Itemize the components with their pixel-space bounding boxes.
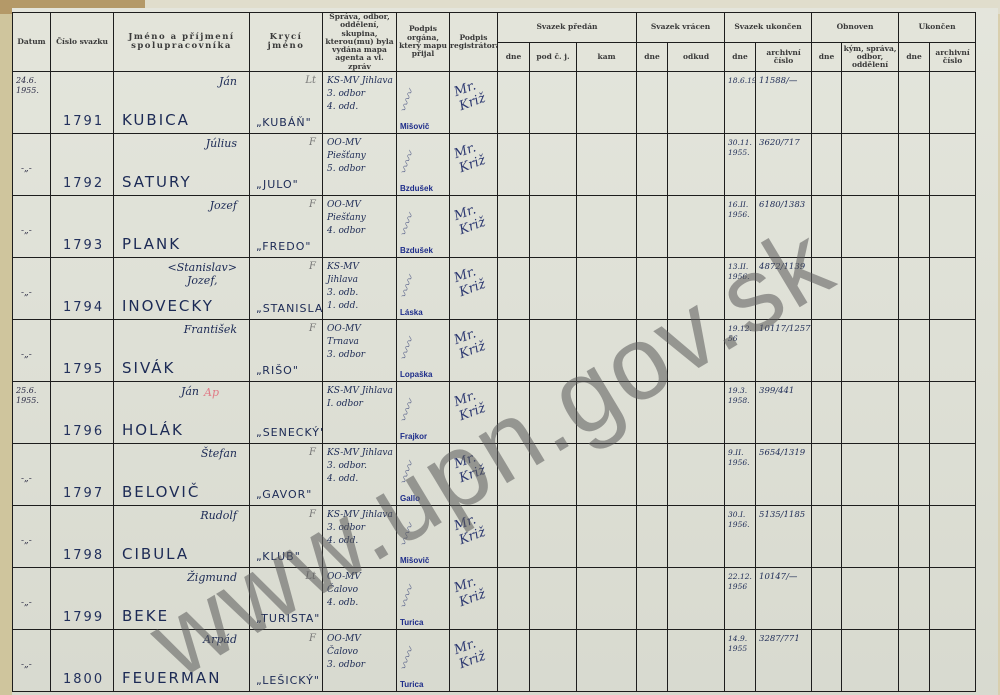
cell-empty bbox=[930, 319, 976, 381]
cell-empty bbox=[812, 71, 842, 133]
cover-name: „RIŠO" bbox=[256, 364, 299, 377]
first-name: Július bbox=[206, 137, 237, 150]
cell-empty bbox=[498, 381, 530, 443]
registrar-signature: Mr. Križ bbox=[452, 196, 497, 238]
cell-sprava: OO-MV Piešťany 4. odbor bbox=[323, 195, 397, 257]
cell-empty bbox=[577, 505, 637, 567]
cell-sprava: KS-MV Jihlava 3. odbor. 4. odd. bbox=[323, 443, 397, 505]
cell-empty bbox=[637, 133, 668, 195]
signature-scribble: 〰〰 bbox=[397, 520, 419, 548]
header-svazek-predan: Svazek předán bbox=[498, 13, 637, 43]
cell-empty bbox=[637, 567, 668, 629]
cell-empty bbox=[812, 629, 842, 691]
first-name: Jozef bbox=[210, 199, 237, 212]
cell-kryci: F„GAVOR" bbox=[250, 443, 323, 505]
page-binding-edge bbox=[0, 14, 12, 695]
archive-number: 6180/1383 bbox=[759, 200, 805, 210]
table-row: -„-1798RudolfCIBULAF„KLUB"KS-MV Jihlava … bbox=[13, 505, 976, 567]
cell-cislo: 1795 bbox=[51, 319, 114, 381]
category-mark: F bbox=[309, 323, 316, 334]
cell-empty bbox=[637, 257, 668, 319]
file-number: 1793 bbox=[63, 238, 104, 253]
cell-empty bbox=[930, 567, 976, 629]
cell-empty bbox=[899, 71, 930, 133]
cell-empty bbox=[668, 505, 725, 567]
officer-name: Turica bbox=[400, 680, 423, 689]
header-predan-pod-cj: pod č. j. bbox=[530, 43, 577, 72]
cell-empty bbox=[637, 505, 668, 567]
table-row: 24.6. 1955.1791JánKUBICALt„KUBÁŇ"KS-MV J… bbox=[13, 71, 976, 133]
cell-empty bbox=[577, 443, 637, 505]
cell-kryci: Lt„KUBÁŇ" bbox=[250, 71, 323, 133]
table-row: -„-1797ŠtefanBELOVIČF„GAVOR"KS-MV Jihlav… bbox=[13, 443, 976, 505]
cell-podpis-organa: 〰〰Turica bbox=[397, 567, 450, 629]
cell-empty bbox=[498, 71, 530, 133]
registrar-signature: Mr. Križ bbox=[452, 444, 497, 486]
closed-date: 13.II. 1956. bbox=[728, 262, 749, 283]
cell-jmeno: JánKUBICA bbox=[114, 71, 250, 133]
cell-sprava: KS-MV Jihlava 3. odbor 4. odd. bbox=[323, 505, 397, 567]
cell-empty bbox=[812, 257, 842, 319]
table-row: -„-1800ArpádFEUERMANF„LEŠICKÝ"OO-MV Čalo… bbox=[13, 629, 976, 691]
cell-empty bbox=[577, 381, 637, 443]
cell-empty bbox=[842, 257, 899, 319]
registrar-signature: Mr. Križ bbox=[452, 382, 497, 424]
cell-ukoncen-dne: 9.II. 1956. bbox=[725, 443, 756, 505]
cell-ukoncen-dne: 16.II. 1956. bbox=[725, 195, 756, 257]
cell-empty bbox=[668, 195, 725, 257]
date-entry: -„- bbox=[21, 350, 32, 360]
cell-empty bbox=[577, 629, 637, 691]
date-entry: -„- bbox=[21, 288, 32, 298]
cell-datum: -„- bbox=[13, 133, 51, 195]
department: OO-MV Trnava 3. odbor bbox=[327, 323, 365, 362]
cell-empty bbox=[530, 381, 577, 443]
cell-empty bbox=[530, 443, 577, 505]
cell-empty bbox=[812, 443, 842, 505]
cell-ukoncen-archivni: 10117/1257 bbox=[756, 319, 812, 381]
cell-empty bbox=[498, 133, 530, 195]
archive-number: 5135/1185 bbox=[759, 510, 805, 520]
officer-name: Bzdušek bbox=[400, 184, 433, 193]
cell-empty bbox=[899, 629, 930, 691]
table-row: -„-1793JozefPLANKF„FREDO"OO-MV Piešťany … bbox=[13, 195, 976, 257]
cell-datum: 24.6. 1955. bbox=[13, 71, 51, 133]
cell-kryci: F„STANISLAV" bbox=[250, 257, 323, 319]
cell-empty bbox=[668, 567, 725, 629]
archive-number: 10147/— bbox=[759, 572, 797, 582]
cell-cislo: 1791 bbox=[51, 71, 114, 133]
cell-cislo: 1792 bbox=[51, 133, 114, 195]
header-obnoven-dne: dne bbox=[812, 43, 842, 72]
first-name: Žigmund bbox=[187, 571, 237, 584]
cover-name: „TURISTA" bbox=[256, 612, 320, 625]
cell-empty bbox=[899, 133, 930, 195]
cell-cislo: 1796 bbox=[51, 381, 114, 443]
cell-jmeno: JozefPLANK bbox=[114, 195, 250, 257]
cell-kryci: F„JULO" bbox=[250, 133, 323, 195]
cell-empty bbox=[812, 381, 842, 443]
cell-datum: -„- bbox=[13, 567, 51, 629]
header-kryci-jmeno: Krycí jméno bbox=[250, 13, 323, 72]
cell-podpis-registratora: Mr. Križ bbox=[450, 629, 498, 691]
cell-sprava: OO-MV Čalovo 4. odb. bbox=[323, 567, 397, 629]
header-datum: Datum bbox=[13, 13, 51, 72]
header-svazek-vracen: Svazek vrácen bbox=[637, 13, 725, 43]
cell-empty bbox=[498, 195, 530, 257]
archive-number: 11588/— bbox=[759, 76, 797, 86]
archive-number: 3620/717 bbox=[759, 138, 800, 148]
officer-name: Mišovič bbox=[400, 556, 429, 565]
cell-jmeno: ŠtefanBELOVIČ bbox=[114, 443, 250, 505]
cell-empty bbox=[637, 381, 668, 443]
table-row: -„-1792JúliusSATURYF„JULO"OO-MV Piešťany… bbox=[13, 133, 976, 195]
cell-podpis-organa: 〰〰Mišovič bbox=[397, 505, 450, 567]
cell-empty bbox=[498, 629, 530, 691]
cell-empty bbox=[530, 505, 577, 567]
cell-empty bbox=[930, 195, 976, 257]
table-row: -„-1794<Stanislav> Jozef,INOVECKYF„STANI… bbox=[13, 257, 976, 319]
last-name: INOVECKY bbox=[122, 297, 214, 315]
first-name: Ján bbox=[219, 75, 237, 88]
cell-empty bbox=[899, 195, 930, 257]
registrar-signature: Mr. Križ bbox=[452, 72, 497, 114]
category-mark: F bbox=[309, 199, 316, 210]
cell-ukoncen-archivni: 3620/717 bbox=[756, 133, 812, 195]
cell-ukoncen-archivni: 6180/1383 bbox=[756, 195, 812, 257]
date-entry: -„- bbox=[21, 598, 32, 608]
cell-empty bbox=[577, 71, 637, 133]
cell-empty bbox=[637, 319, 668, 381]
cell-empty bbox=[812, 319, 842, 381]
file-number: 1796 bbox=[63, 424, 104, 439]
cell-ukoncen-archivni: 3287/771 bbox=[756, 629, 812, 691]
header-obnoven-kym: kým, správa, odbor, oddělení bbox=[842, 43, 899, 72]
last-name: BEKE bbox=[122, 607, 169, 625]
cell-sprava: OO-MV Trnava 3. odbor bbox=[323, 319, 397, 381]
registrar-signature: Mr. Križ bbox=[452, 134, 497, 176]
cell-podpis-registratora: Mr. Križ bbox=[450, 319, 498, 381]
cell-ukoncen-dne: 13.II. 1956. bbox=[725, 257, 756, 319]
cell-empty bbox=[930, 381, 976, 443]
table-row: -„-1795FrantišekSIVÁKF„RIŠO"OO-MV Trnava… bbox=[13, 319, 976, 381]
registrar-signature: Mr. Križ bbox=[452, 568, 497, 610]
header-ukoncen: Ukončen bbox=[899, 13, 976, 43]
file-number: 1798 bbox=[63, 548, 104, 563]
file-number: 1791 bbox=[63, 114, 104, 129]
last-name: KUBICA bbox=[122, 111, 190, 129]
cell-empty bbox=[668, 319, 725, 381]
date-entry: -„- bbox=[21, 660, 32, 670]
cell-sprava: OO-MV Piešťany 5. odbor bbox=[323, 133, 397, 195]
cell-ukoncen-dne: 14.9. 1955 bbox=[725, 629, 756, 691]
cell-empty bbox=[842, 629, 899, 691]
cell-jmeno: FrantišekSIVÁK bbox=[114, 319, 250, 381]
cover-name: „FREDO" bbox=[256, 240, 311, 253]
cover-name: „KLUB" bbox=[256, 550, 301, 563]
cell-empty bbox=[842, 567, 899, 629]
archive-number: 10117/1257 bbox=[759, 324, 811, 334]
officer-name: Lopaška bbox=[400, 370, 432, 379]
cell-podpis-registratora: Mr. Križ bbox=[450, 443, 498, 505]
category-mark: F bbox=[309, 633, 316, 644]
cell-empty bbox=[637, 71, 668, 133]
cell-empty bbox=[530, 567, 577, 629]
cell-empty bbox=[812, 195, 842, 257]
date-entry: 24.6. 1955. bbox=[16, 76, 39, 97]
header-svazek-ukoncen: Svazek ukončen bbox=[725, 13, 812, 43]
cell-empty bbox=[899, 381, 930, 443]
cell-empty bbox=[530, 257, 577, 319]
cell-podpis-registratora: Mr. Križ bbox=[450, 133, 498, 195]
date-entry: -„- bbox=[21, 164, 32, 174]
cell-podpis-registratora: Mr. Križ bbox=[450, 257, 498, 319]
first-name: Štefan bbox=[201, 447, 237, 460]
cell-ukoncen-dne: 30.I. 1956. bbox=[725, 505, 756, 567]
cell-podpis-organa: 〰〰Láska bbox=[397, 257, 450, 319]
cover-name: „KUBÁŇ" bbox=[256, 116, 312, 129]
category-mark: F bbox=[309, 137, 316, 148]
cell-jmeno: JánApHOLÁK bbox=[114, 381, 250, 443]
archive-number: 4872/1139 bbox=[759, 262, 805, 272]
cell-podpis-registratora: Mr. Križ bbox=[450, 505, 498, 567]
department: OO-MV Piešťany 5. odbor bbox=[327, 137, 366, 176]
cell-ukoncen-archivni: 399/441 bbox=[756, 381, 812, 443]
archive-number: 5654/1319 bbox=[759, 448, 805, 458]
category-mark: Lt bbox=[305, 571, 316, 582]
category-mark: F bbox=[309, 261, 316, 272]
closed-date: 9.II. 1956. bbox=[728, 448, 749, 469]
cell-empty bbox=[899, 567, 930, 629]
cell-empty bbox=[842, 71, 899, 133]
closed-date: 18.6.1957 bbox=[728, 76, 756, 87]
cell-empty bbox=[842, 443, 899, 505]
cell-empty bbox=[577, 195, 637, 257]
department: KS-MV Jihlava 3. odbor 4. odd. bbox=[327, 75, 393, 114]
department: OO-MV Piešťany 4. odbor bbox=[327, 199, 366, 238]
signature-scribble: 〰〰 bbox=[397, 396, 419, 424]
cell-empty bbox=[930, 71, 976, 133]
cell-cislo: 1793 bbox=[51, 195, 114, 257]
file-number: 1795 bbox=[63, 362, 104, 377]
table-row: -„-1799ŽigmundBEKELt„TURISTA"OO-MV Čalov… bbox=[13, 567, 976, 629]
cell-ukoncen-archivni: 11588/— bbox=[756, 71, 812, 133]
cell-podpis-registratora: Mr. Križ bbox=[450, 381, 498, 443]
cell-sprava: KS-MV Jihlava 3. odbor 4. odd. bbox=[323, 71, 397, 133]
cell-podpis-registratora: Mr. Križ bbox=[450, 567, 498, 629]
cell-jmeno: ŽigmundBEKE bbox=[114, 567, 250, 629]
cell-datum: -„- bbox=[13, 195, 51, 257]
cover-name: „LEŠICKÝ" bbox=[256, 674, 320, 687]
signature-scribble: 〰〰 bbox=[397, 272, 419, 300]
cover-name: „GAVOR" bbox=[256, 488, 312, 501]
cell-sprava: KS-MV Jihlava I. odbor bbox=[323, 381, 397, 443]
cell-empty bbox=[498, 319, 530, 381]
last-name: SATURY bbox=[122, 173, 192, 191]
cell-ukoncen-dne: 22.12. 1956 bbox=[725, 567, 756, 629]
signature-scribble: 〰〰 bbox=[397, 86, 419, 114]
date-entry: -„- bbox=[21, 474, 32, 484]
header-vracen-dne: dne bbox=[637, 43, 668, 72]
cell-kryci: F„RIŠO" bbox=[250, 319, 323, 381]
cell-empty bbox=[668, 257, 725, 319]
red-annotation: Ap bbox=[204, 386, 219, 399]
date-entry: -„- bbox=[21, 536, 32, 546]
header-final-dne: dne bbox=[899, 43, 930, 72]
officer-name: Frajkor bbox=[400, 432, 427, 441]
cell-empty bbox=[577, 133, 637, 195]
cell-podpis-registratora: Mr. Križ bbox=[450, 195, 498, 257]
cell-empty bbox=[842, 195, 899, 257]
archive-number: 399/441 bbox=[759, 386, 794, 396]
first-name: <Stanislav> Jozef, bbox=[168, 261, 238, 287]
header-obnoven: Obnoven bbox=[812, 13, 899, 43]
registrar-signature: Mr. Križ bbox=[452, 258, 497, 300]
cell-podpis-organa: 〰〰Gallo bbox=[397, 443, 450, 505]
signature-scribble: 〰〰 bbox=[397, 334, 419, 362]
signature-scribble: 〰〰 bbox=[397, 644, 419, 672]
ledger-table: Datum Číslo svazku Jméno a příjmení spol… bbox=[12, 12, 976, 692]
cell-empty bbox=[498, 567, 530, 629]
cell-empty bbox=[842, 381, 899, 443]
officer-name: Mišovič bbox=[400, 122, 429, 131]
cell-cislo: 1800 bbox=[51, 629, 114, 691]
department: KS-MV Jihlava I. odbor bbox=[327, 385, 393, 411]
cell-empty bbox=[530, 195, 577, 257]
cell-podpis-organa: 〰〰Turica bbox=[397, 629, 450, 691]
cell-ukoncen-archivni: 5654/1319 bbox=[756, 443, 812, 505]
last-name: SIVÁK bbox=[122, 359, 175, 377]
cell-datum: -„- bbox=[13, 443, 51, 505]
signature-scribble: 〰〰 bbox=[397, 148, 419, 176]
cell-podpis-organa: 〰〰Frajkor bbox=[397, 381, 450, 443]
cell-empty bbox=[577, 567, 637, 629]
officer-name: Turica bbox=[400, 618, 423, 627]
header-predan-dne: dne bbox=[498, 43, 530, 72]
cell-empty bbox=[668, 133, 725, 195]
cell-ukoncen-dne: 19.3. 1958. bbox=[725, 381, 756, 443]
cell-ukoncen-dne: 19.12. 56 bbox=[725, 319, 756, 381]
cell-cislo: 1799 bbox=[51, 567, 114, 629]
cell-empty bbox=[812, 505, 842, 567]
department: KS-MV Jihlava 3. odb. 1. odd. bbox=[327, 261, 359, 313]
cell-empty bbox=[637, 195, 668, 257]
cell-empty bbox=[812, 133, 842, 195]
last-name: FEUERMAN bbox=[122, 669, 221, 687]
cell-empty bbox=[899, 257, 930, 319]
signature-scribble: 〰〰 bbox=[397, 458, 419, 486]
header-podpis-organa: Podpis orgána, který mapu přijal bbox=[397, 13, 450, 72]
cell-podpis-organa: 〰〰Bzdušek bbox=[397, 195, 450, 257]
cover-name: „STANISLAV" bbox=[256, 302, 323, 315]
cell-datum: -„- bbox=[13, 629, 51, 691]
file-number: 1792 bbox=[63, 176, 104, 191]
cell-ukoncen-dne: 30.11. 1955. bbox=[725, 133, 756, 195]
cell-empty bbox=[930, 257, 976, 319]
cell-jmeno: JúliusSATURY bbox=[114, 133, 250, 195]
file-number: 1797 bbox=[63, 486, 104, 501]
cell-ukoncen-archivni: 4872/1139 bbox=[756, 257, 812, 319]
header-sprava: Správa, odbor, oddělení, skupina, kterou… bbox=[323, 13, 397, 72]
signature-scribble: 〰〰 bbox=[397, 210, 419, 238]
date-entry: 25.6. 1955. bbox=[16, 386, 39, 407]
cell-cislo: 1797 bbox=[51, 443, 114, 505]
cell-empty bbox=[577, 319, 637, 381]
cell-kryci: F„LEŠICKÝ" bbox=[250, 629, 323, 691]
department: KS-MV Jihlava 3. odbor. 4. odd. bbox=[327, 447, 393, 486]
cell-empty bbox=[530, 71, 577, 133]
cell-empty bbox=[498, 257, 530, 319]
file-number: 1794 bbox=[63, 300, 104, 315]
cell-datum: -„- bbox=[13, 319, 51, 381]
cell-datum: 25.6. 1955. bbox=[13, 381, 51, 443]
cell-empty bbox=[899, 443, 930, 505]
cell-empty bbox=[668, 381, 725, 443]
header-final-archivni: archivní číslo bbox=[930, 43, 976, 72]
cell-empty bbox=[930, 629, 976, 691]
cell-empty bbox=[842, 505, 899, 567]
header-vracen-odkud: odkud bbox=[668, 43, 725, 72]
cell-sprava: OO-MV Čalovo 3. odbor bbox=[323, 629, 397, 691]
cell-empty bbox=[668, 629, 725, 691]
cell-datum: -„- bbox=[13, 505, 51, 567]
header-ukoncen-dne: dne bbox=[725, 43, 756, 72]
registrar-signature: Mr. Križ bbox=[452, 630, 497, 672]
file-number: 1800 bbox=[63, 672, 104, 687]
cell-empty bbox=[530, 629, 577, 691]
cell-jmeno: RudolfCIBULA bbox=[114, 505, 250, 567]
first-name: Ján bbox=[181, 385, 199, 398]
category-mark: F bbox=[309, 509, 316, 520]
cell-kryci: „SENECKÝ" bbox=[250, 381, 323, 443]
cell-empty bbox=[498, 443, 530, 505]
officer-name: Bzdušek bbox=[400, 246, 433, 255]
last-name: CIBULA bbox=[122, 545, 189, 563]
cell-podpis-organa: 〰〰Bzdušek bbox=[397, 133, 450, 195]
first-name: Arpád bbox=[203, 633, 237, 646]
last-name: BELOVIČ bbox=[122, 483, 200, 501]
department: OO-MV Čalovo 4. odb. bbox=[327, 571, 361, 610]
cell-empty bbox=[577, 257, 637, 319]
cell-empty bbox=[899, 319, 930, 381]
closed-date: 19.3. 1958. bbox=[728, 386, 749, 407]
cover-name: „JULO" bbox=[256, 178, 299, 191]
closed-date: 14.9. 1955 bbox=[728, 634, 747, 655]
cell-cislo: 1798 bbox=[51, 505, 114, 567]
last-name: PLANK bbox=[122, 235, 181, 253]
cell-empty bbox=[842, 319, 899, 381]
cell-kryci: F„KLUB" bbox=[250, 505, 323, 567]
header-predan-kam: kam bbox=[577, 43, 637, 72]
table-row: 25.6. 1955.1796JánApHOLÁK„SENECKÝ"KS-MV … bbox=[13, 381, 976, 443]
cell-empty bbox=[812, 567, 842, 629]
cell-empty bbox=[498, 505, 530, 567]
department: KS-MV Jihlava 3. odbor 4. odd. bbox=[327, 509, 393, 548]
closed-date: 16.II. 1956. bbox=[728, 200, 749, 221]
cell-ukoncen-archivni: 10147/— bbox=[756, 567, 812, 629]
header-jmeno: Jméno a příjmení spolupracovníka bbox=[114, 13, 250, 72]
registrar-signature: Mr. Križ bbox=[452, 320, 497, 362]
cell-podpis-organa: 〰〰Mišovič bbox=[397, 71, 450, 133]
header-podpis-registratora: Podpis registrátora bbox=[450, 13, 498, 72]
category-mark: F bbox=[309, 447, 316, 458]
officer-name: Láska bbox=[400, 308, 423, 317]
last-name: HOLÁK bbox=[122, 421, 184, 439]
officer-name: Gallo bbox=[400, 494, 420, 503]
first-name: Rudolf bbox=[200, 509, 237, 522]
cell-empty bbox=[530, 133, 577, 195]
cell-empty bbox=[930, 133, 976, 195]
